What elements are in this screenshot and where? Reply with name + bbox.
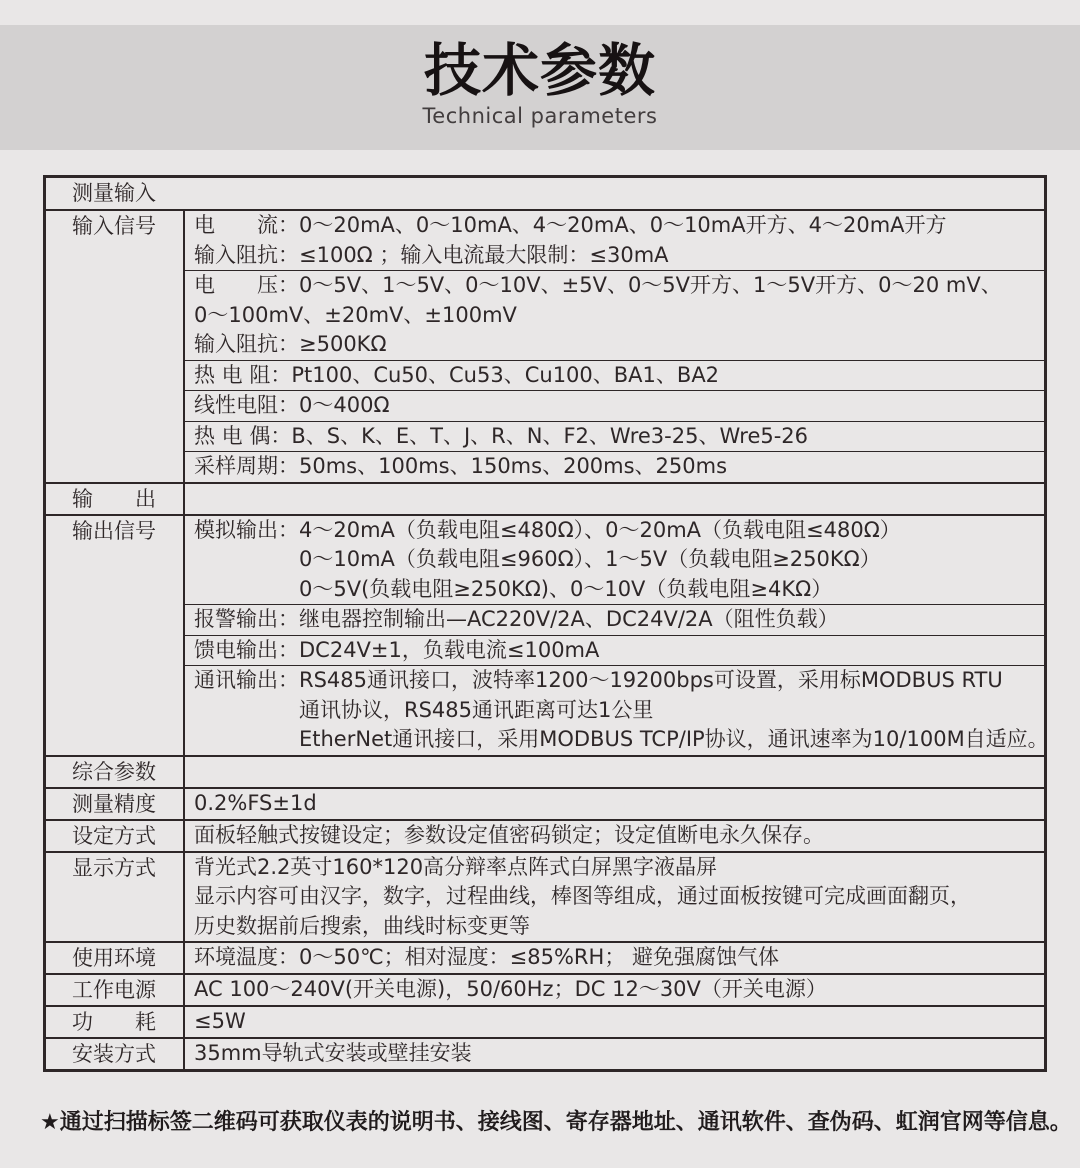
spec-table: 测量输入输入信号电 流：0～20mA、0～10mA、4～20mA、0～10mA开… (43, 175, 1047, 1072)
spec-cell: 通讯输出：RS485通讯接口，波特率1200～19200bps可设置，采用标MO… (185, 665, 1044, 755)
spec-cell (185, 484, 1044, 514)
row-label: 输入信号 (46, 211, 185, 482)
spec-line: 面板轻触式按键设定；参数设定值密码锁定；设定值断电永久保存。 (185, 821, 1044, 851)
page-title: 技术参数 (0, 39, 1080, 103)
spec-cell: AC 100～240V(开关电源)，50/60Hz；DC 12～30V（开关电源… (185, 975, 1044, 1005)
row-label: 安装方式 (46, 1039, 185, 1069)
spec-line: 热 电 偶：B、S、K、E、T、J、R、N、F2、Wre3-25、Wre5-26 (185, 422, 1044, 452)
row-content: 35mm导轨式安装或壁挂安装 (185, 1039, 1044, 1069)
spec-cell: 面板轻触式按键设定；参数设定值密码锁定；设定值断电永久保存。 (185, 821, 1044, 851)
spec-cell: 报警输出：继电器控制输出—AC220V/2A、DC24V/2A（阻性负载） (185, 604, 1044, 635)
row-content: 电 流：0～20mA、0～10mA、4～20mA、0～10mA开方、4～20mA… (185, 211, 1044, 482)
spec-line: 0～5V(负载电阻≥250KΩ)、0～10V（负载电阻≥4KΩ） (185, 575, 1044, 605)
spec-line: 0～10mA（负载电阻≤960Ω）、1～5V（负载电阻≥250KΩ） (185, 545, 1044, 575)
table-row: 功 耗≤5W (46, 1005, 1044, 1037)
page-subtitle: Technical parameters (0, 103, 1080, 129)
row-content: 0.2%FS±1d (185, 789, 1044, 819)
spec-cell: 馈电输出：DC24V±1，负载电流≤100mA (185, 635, 1044, 666)
spec-line: 热 电 阻：Pt100、Cu50、Cu53、Cu100、BA1、BA2 (185, 361, 1044, 391)
spec-line: EtherNet通讯接口，采用MODBUS TCP/IP协议，通讯速率为10/1… (185, 725, 1044, 755)
spec-line: 馈电输出：DC24V±1，负载电流≤100mA (185, 636, 1044, 666)
spec-cell: 0.2%FS±1d (185, 789, 1044, 819)
row-content (185, 484, 1044, 514)
spec-cell: 模拟输出：4～20mA（负载电阻≤480Ω）、0～20mA（负载电阻≤480Ω）… (185, 516, 1044, 605)
spec-line: 电 流：0～20mA、0～10mA、4～20mA、0～10mA开方、4～20mA… (185, 211, 1044, 241)
spec-line: 通讯协议，RS485通讯距离可达1公里 (185, 696, 1044, 726)
spec-line: 0～100mV、±20mV、±100mV (185, 301, 1044, 331)
spec-cell: 线性电阻：0～400Ω (185, 390, 1044, 421)
row-label: 输出信号 (46, 516, 185, 755)
row-label: 测量精度 (46, 789, 185, 819)
spec-cell: 环境温度：0～50℃；相对湿度：≤85%RH； 避免强腐蚀气体 (185, 943, 1044, 973)
table-row: 输 出 (46, 482, 1044, 514)
table-row: 工作电源AC 100～240V(开关电源)，50/60Hz；DC 12～30V（… (46, 973, 1044, 1005)
spec-cell: 背光式2.2英寸160*120高分辩率点阵式白屏黑字液晶屏显示内容可由汉字，数字… (185, 853, 1044, 942)
table-row: 安装方式35mm导轨式安装或壁挂安装 (46, 1037, 1044, 1069)
row-label: 使用环境 (46, 943, 185, 973)
row-label: 输 出 (46, 484, 185, 514)
title-band: 技术参数 Technical parameters (0, 25, 1080, 150)
spec-cell: 电 流：0～20mA、0～10mA、4～20mA、0～10mA开方、4～20mA… (185, 211, 1044, 270)
row-label: 功 耗 (46, 1007, 185, 1037)
spec-cell: 采样周期：50ms、100ms、150ms、200ms、250ms (185, 451, 1044, 482)
table-row: 设定方式面板轻触式按键设定；参数设定值密码锁定；设定值断电永久保存。 (46, 819, 1044, 851)
row-label: 设定方式 (46, 821, 185, 851)
table-row: 输出信号模拟输出：4～20mA（负载电阻≤480Ω）、0～20mA（负载电阻≤4… (46, 514, 1044, 755)
spec-line: 模拟输出：4～20mA（负载电阻≤480Ω）、0～20mA（负载电阻≤480Ω） (185, 516, 1044, 546)
spec-line: 输入阻抗：≥500KΩ (185, 330, 1044, 360)
table-row: 输入信号电 流：0～20mA、0～10mA、4～20mA、0～10mA开方、4～… (46, 209, 1044, 482)
spec-cell: 热 电 阻：Pt100、Cu50、Cu53、Cu100、BA1、BA2 (185, 360, 1044, 391)
spec-line: 通讯输出：RS485通讯接口，波特率1200～19200bps可设置，采用标MO… (185, 666, 1044, 696)
spec-line: 35mm导轨式安装或壁挂安装 (185, 1039, 1044, 1069)
row-content: 环境温度：0～50℃；相对湿度：≤85%RH； 避免强腐蚀气体 (185, 943, 1044, 973)
spec-line: ≤5W (185, 1007, 1044, 1037)
table-row: 使用环境环境温度：0～50℃；相对湿度：≤85%RH； 避免强腐蚀气体 (46, 941, 1044, 973)
row-content: 面板轻触式按键设定；参数设定值密码锁定；设定值断电永久保存。 (185, 821, 1044, 851)
table-row-header: 测量输入 (46, 178, 1044, 209)
spec-cell (185, 757, 1044, 787)
row-content: AC 100～240V(开关电源)，50/60Hz；DC 12～30V（开关电源… (185, 975, 1044, 1005)
spec-line: 线性电阻：0～400Ω (185, 391, 1044, 421)
spec-line: 0.2%FS±1d (185, 789, 1044, 819)
table-row: 显示方式背光式2.2英寸160*120高分辩率点阵式白屏黑字液晶屏显示内容可由汉… (46, 851, 1044, 942)
spec-cell: 热 电 偶：B、S、K、E、T、J、R、N、F2、Wre3-25、Wre5-26 (185, 421, 1044, 452)
spec-line: 显示内容可由汉字，数字，过程曲线，棒图等组成，通过面板按键可完成画面翻页， (185, 882, 1044, 912)
page-background: { "colors": { "page_bg": "#e9e7e7", "ban… (0, 0, 1080, 1168)
row-content (185, 757, 1044, 787)
row-label: 显示方式 (46, 853, 185, 942)
spec-line: 历史数据前后搜索，曲线时标变更等 (185, 912, 1044, 942)
row-content: ≤5W (185, 1007, 1044, 1037)
table-row: 测量精度0.2%FS±1d (46, 787, 1044, 819)
row-label: 工作电源 (46, 975, 185, 1005)
spec-cell: 电 压：0～5V、1～5V、0～10V、±5V、0～5V开方、1～5V开方、0～… (185, 270, 1044, 360)
row-label: 综合参数 (46, 757, 185, 787)
row-content: 背光式2.2英寸160*120高分辩率点阵式白屏黑字液晶屏显示内容可由汉字，数字… (185, 853, 1044, 942)
spec-line: 环境温度：0～50℃；相对湿度：≤85%RH； 避免强腐蚀气体 (185, 943, 1044, 973)
spec-line: 背光式2.2英寸160*120高分辩率点阵式白屏黑字液晶屏 (185, 853, 1044, 883)
spec-line: 报警输出：继电器控制输出—AC220V/2A、DC24V/2A（阻性负载） (185, 605, 1044, 635)
spec-line: 输入阻抗：≤100Ω ；输入电流最大限制：≤30mA (185, 241, 1044, 271)
spec-line: AC 100～240V(开关电源)，50/60Hz；DC 12～30V（开关电源… (185, 975, 1044, 1005)
footer-note: ★通过扫描标签二维码可获取仪表的说明书、接线图、寄存器地址、通讯软件、查伪码、虹… (40, 1108, 1060, 1138)
spec-line: 电 压：0～5V、1～5V、0～10V、±5V、0～5V开方、1～5V开方、0～… (185, 271, 1044, 301)
row-content: 模拟输出：4～20mA（负载电阻≤480Ω）、0～20mA（负载电阻≤480Ω）… (185, 516, 1044, 755)
row-label: 测量输入 (46, 178, 1044, 209)
spec-cell: ≤5W (185, 1007, 1044, 1037)
spec-line: 采样周期：50ms、100ms、150ms、200ms、250ms (185, 452, 1044, 482)
table-row: 综合参数 (46, 755, 1044, 787)
spec-cell: 35mm导轨式安装或壁挂安装 (185, 1039, 1044, 1069)
